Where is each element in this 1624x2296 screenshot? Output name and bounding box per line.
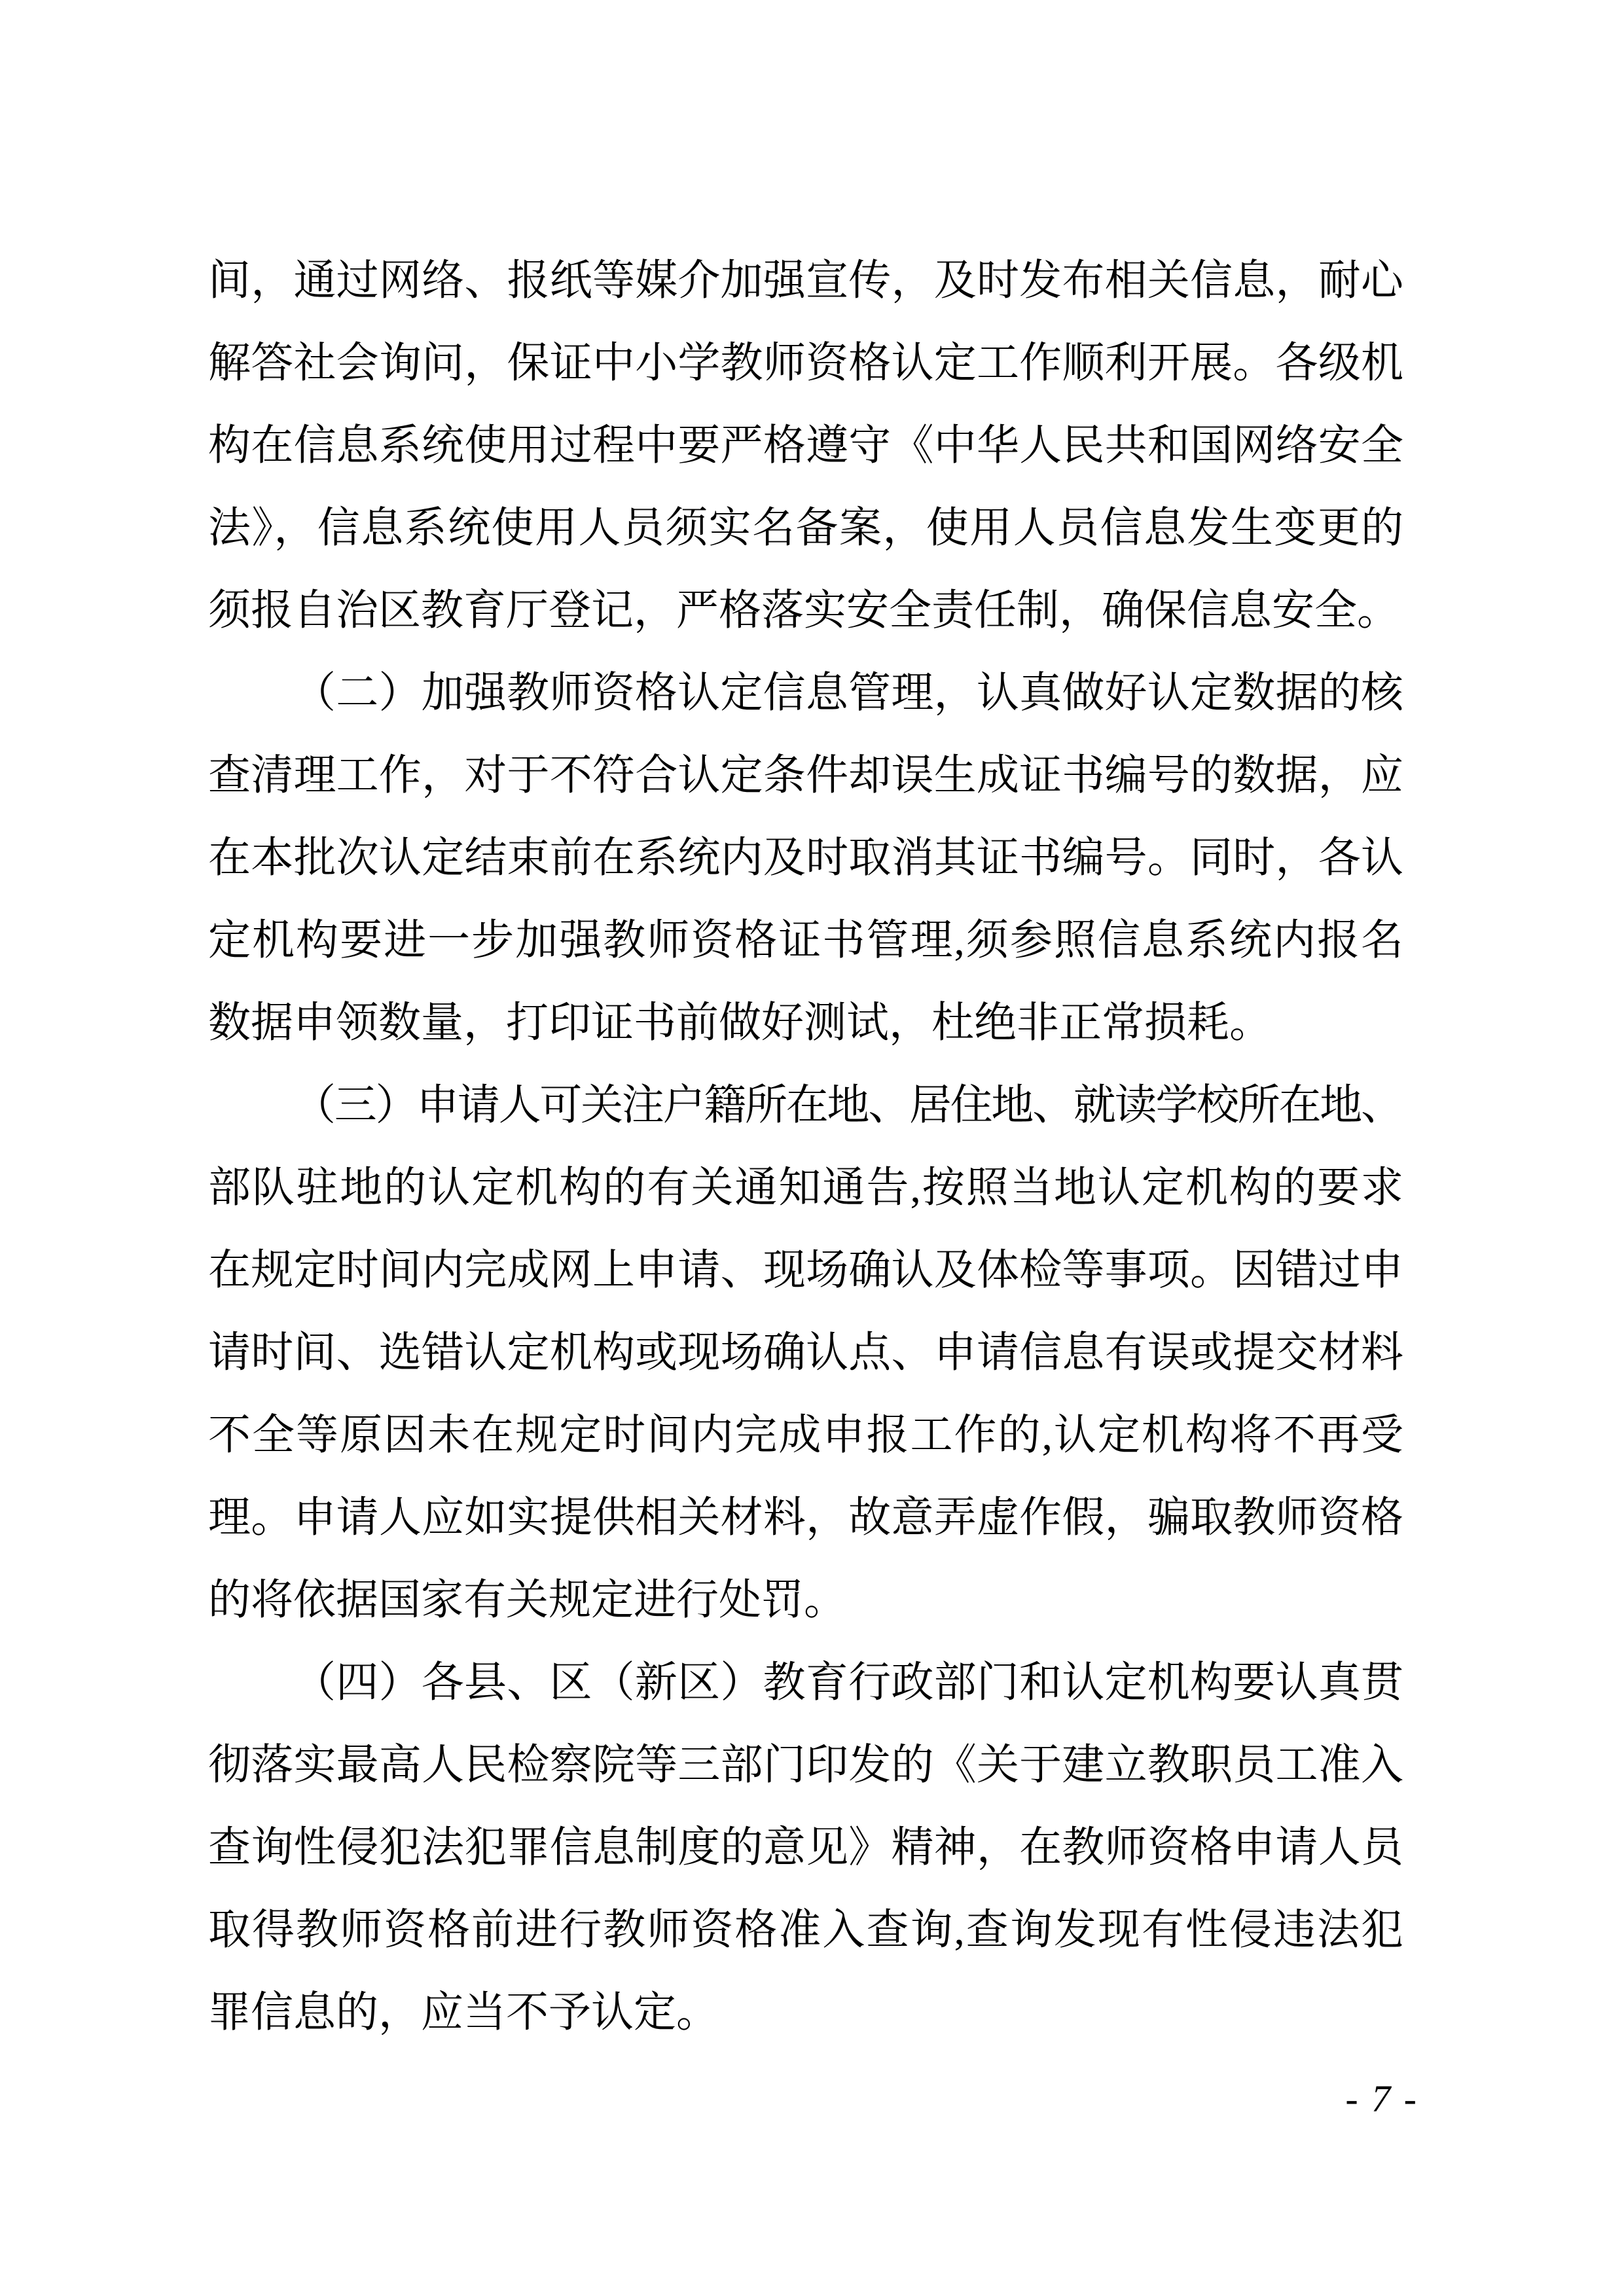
text-line-content: 请时间、选错认定机构或现场确认点、申请信息有误或提交材料: [208, 1312, 1403, 1394]
text-line: 解答社会询问，保证中小学教师资格认定工作顺利开展。各级机: [208, 322, 1403, 404]
text-line-content: 罪信息的，应当不予认定。: [208, 1971, 719, 2054]
text-line-content: 取得教师资格前进行教师资格准入查询,查询发现有性侵违法犯: [208, 1889, 1405, 1971]
text-line-content: （二）加强教师资格认定信息管理，认真做好认定数据的核: [293, 652, 1403, 734]
text-line-content: 查清理工作，对于不符合认定条件却误生成证书编号的数据，应: [208, 734, 1403, 817]
document-page: 间，通过网络、报纸等媒介加强宣传，及时发布相关信息，耐心 解答社会询问，保证中小…: [0, 0, 1624, 2296]
text-line-content: 理。申请人应如实提供相关材料，故意弄虚作假，骗取教师资格: [208, 1477, 1403, 1559]
text-line-content: 彻落实最高人民检察院等三部门印发的《关于建立教职员工准入: [208, 1724, 1403, 1806]
text-line: （三）申请人可关注户籍所在地、居住地、就读学校所在地、: [208, 1064, 1403, 1147]
text-line: 查清理工作，对于不符合认定条件却误生成证书编号的数据，应: [208, 734, 1403, 817]
text-line-content: 间，通过网络、报纸等媒介加强宣传，及时发布相关信息，耐心: [208, 240, 1403, 322]
text-line-content: 法》，信息系统使用人员须实名备案，使用人员信息发生变更的: [208, 487, 1405, 569]
text-line-content: 定机构要进一步加强教师资格证书管理,须参照信息系统内报名: [208, 899, 1405, 982]
text-line: 罪信息的，应当不予认定。: [208, 1971, 1403, 2054]
text-line-content: （四）各县、区（新区）教育行政部门和认定机构要认真贯: [293, 1641, 1403, 1724]
text-line: 理。申请人应如实提供相关材料，故意弄虚作假，骗取教师资格: [208, 1477, 1403, 1559]
text-line: 法》，信息系统使用人员须实名备案，使用人员信息发生变更的: [208, 487, 1403, 569]
text-line: 须报自治区教育厅登记，严格落实安全责任制，确保信息安全。: [208, 569, 1403, 652]
text-line-content: 的将依据国家有关规定进行处罚。: [208, 1559, 846, 1641]
text-line: 不全等原因未在规定时间内完成申报工作的,认定机构将不再受: [208, 1394, 1403, 1477]
text-line-content: 数据申领数量，打印证书前做好测试，杜绝非正常损耗。: [208, 982, 1272, 1064]
text-line-content: 部队驻地的认定机构的有关通知通告,按照当地认定机构的要求: [208, 1147, 1405, 1229]
document-body-text: 间，通过网络、报纸等媒介加强宣传，及时发布相关信息，耐心 解答社会询问，保证中小…: [208, 240, 1403, 2054]
text-line-content: 在规定时间内完成网上申请、现场确认及体检等事项。因错过申: [208, 1229, 1403, 1312]
text-line-content: 不全等原因未在规定时间内完成申报工作的,认定机构将不再受: [208, 1394, 1405, 1477]
text-line-content: 解答社会询问，保证中小学教师资格认定工作顺利开展。各级机: [208, 322, 1403, 404]
text-line: 在本批次认定结束前在系统内及时取消其证书编号。同时，各认: [208, 817, 1403, 899]
text-line: 部队驻地的认定机构的有关通知通告,按照当地认定机构的要求: [208, 1147, 1403, 1229]
text-line: 请时间、选错认定机构或现场确认点、申请信息有误或提交材料: [208, 1312, 1403, 1394]
text-line: 在规定时间内完成网上申请、现场确认及体检等事项。因错过申: [208, 1229, 1403, 1312]
text-line-content: 须报自治区教育厅登记，严格落实安全责任制，确保信息安全。: [208, 569, 1399, 652]
text-line-content: 在本批次认定结束前在系统内及时取消其证书编号。同时，各认: [208, 817, 1403, 899]
text-line: 查询性侵犯法犯罪信息制度的意见》精神，在教师资格申请人员: [208, 1806, 1403, 1889]
text-line: 的将依据国家有关规定进行处罚。: [208, 1559, 1403, 1641]
text-line: 数据申领数量，打印证书前做好测试，杜绝非正常损耗。: [208, 982, 1403, 1064]
text-line: 间，通过网络、报纸等媒介加强宣传，及时发布相关信息，耐心: [208, 240, 1403, 322]
text-line: 构在信息系统使用过程中要严格遵守《中华人民共和国网络安全: [208, 404, 1403, 487]
text-line: 取得教师资格前进行教师资格准入查询,查询发现有性侵违法犯: [208, 1889, 1403, 1971]
text-line-content: 构在信息系统使用过程中要严格遵守《中华人民共和国网络安全: [208, 404, 1403, 487]
text-line: （四）各县、区（新区）教育行政部门和认定机构要认真贯: [208, 1641, 1403, 1724]
text-line: 彻落实最高人民检察院等三部门印发的《关于建立教职员工准入: [208, 1724, 1403, 1806]
text-line-content: （三）申请人可关注户籍所在地、居住地、就读学校所在地、: [293, 1064, 1402, 1147]
text-line: （二）加强教师资格认定信息管理，认真做好认定数据的核: [208, 652, 1403, 734]
text-line-content: 查询性侵犯法犯罪信息制度的意见》精神，在教师资格申请人员: [208, 1806, 1403, 1889]
page-number: - 7 -: [1345, 2076, 1418, 2122]
text-line: 定机构要进一步加强教师资格证书管理,须参照信息系统内报名: [208, 899, 1403, 982]
